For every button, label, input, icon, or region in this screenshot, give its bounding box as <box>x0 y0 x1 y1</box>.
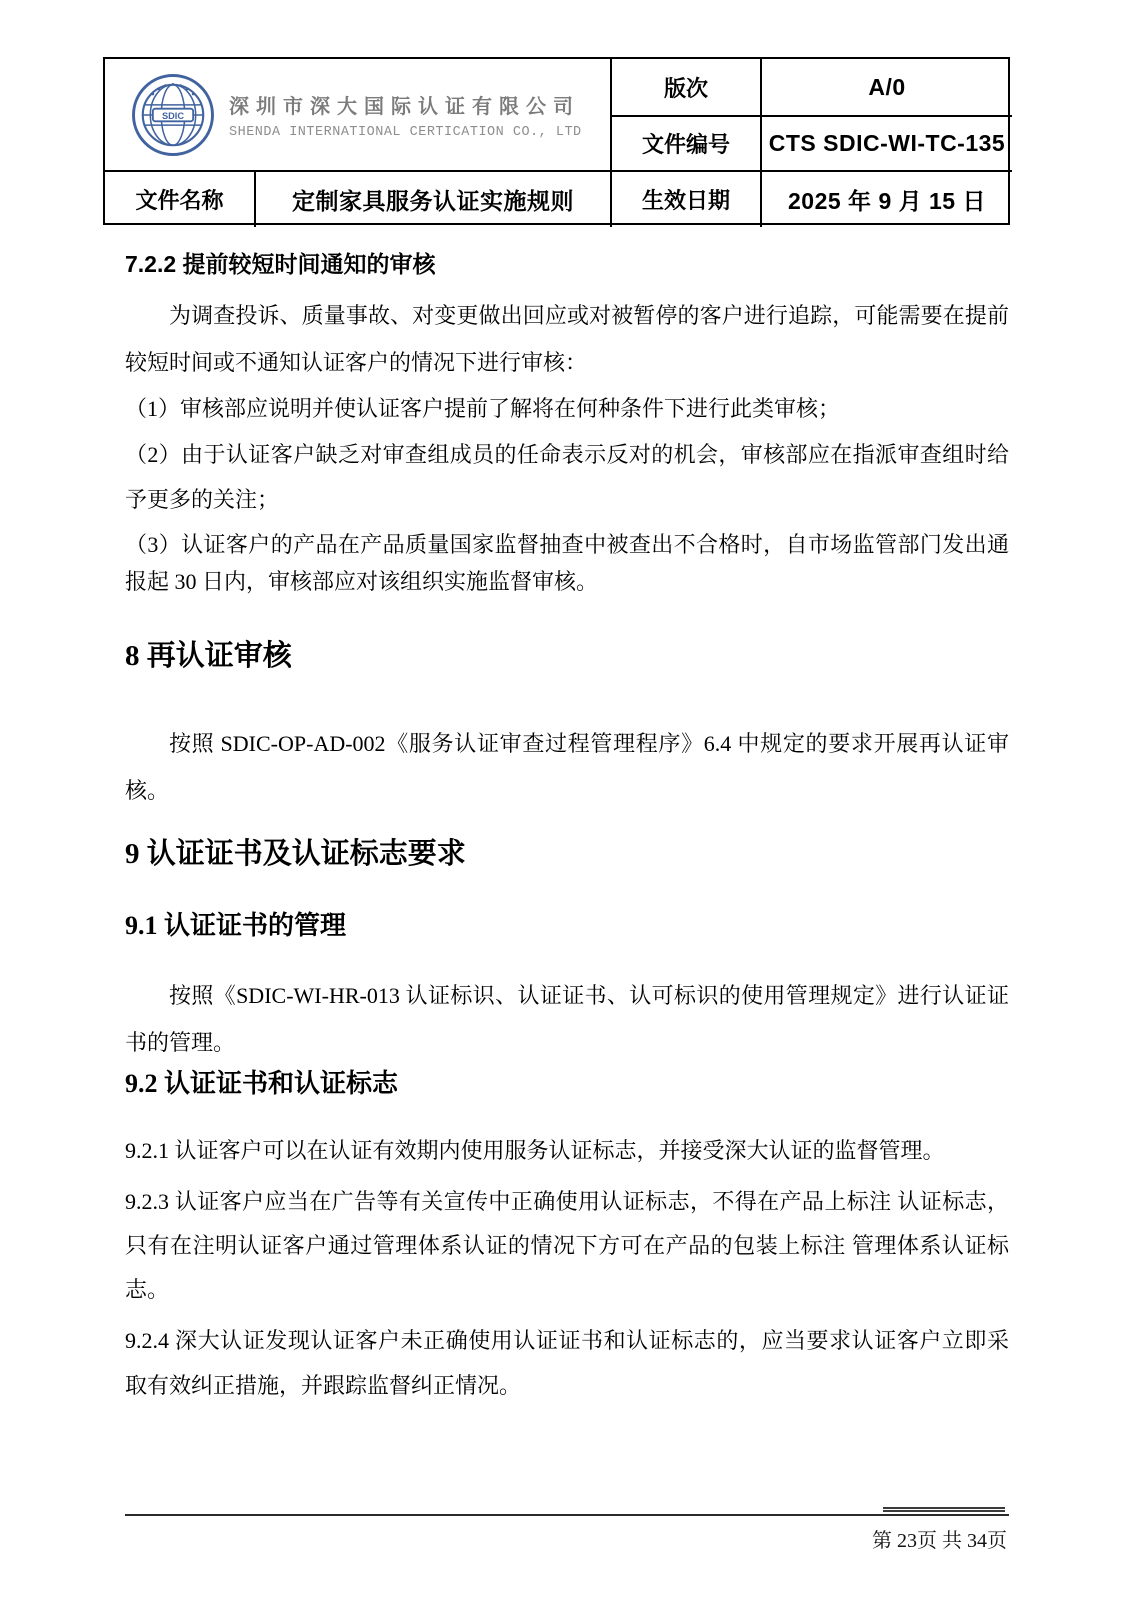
company-names: 深圳市深大国际认证有限公司 SHENDA INTERNATIONAL CERTI… <box>229 90 582 140</box>
version-label: 版次 <box>610 59 760 115</box>
document-page: SDIC 深圳市深大国际认证有限公司 SHENDA INTERNATIONAL … <box>0 0 1131 1600</box>
doc-number-label: 文件编号 <box>610 115 760 170</box>
company-logo: SDIC 深圳市深大国际认证有限公司 SHENDA INTERNATIONAL … <box>131 73 582 157</box>
emblem-text: SDIC <box>162 110 184 120</box>
footer-rule <box>125 1514 1009 1516</box>
doc-number-value: CTS SDIC-WI-TC-135 <box>760 115 1012 170</box>
company-name-cn: 深圳市深大国际认证有限公司 <box>229 90 582 119</box>
list-item-3: （3）认证客户的产品在产品质量国家监督抽查中被查出不合格时，自市场监管部门发出通… <box>125 526 1009 600</box>
heading-9-2: 9.2 认证证书和认证标志 <box>125 1066 1009 1102</box>
list-item-2: （2）由于认证客户缺乏对审查组成员的任命表示反对的机会，审核部应在指派审查组时给… <box>125 432 1009 522</box>
header-table: SDIC 深圳市深大国际认证有限公司 SHENDA INTERNATIONAL … <box>103 57 1010 225</box>
paragraph-9-2-4: 9.2.4 深大认证发现认证客户未正确使用认证证书和认证标志的，应当要求认证客户… <box>125 1318 1009 1408</box>
doc-name-label: 文件名称 <box>105 170 254 227</box>
effective-date-label: 生效日期 <box>610 170 760 227</box>
list-item-1: （1）审核部应说明并使认证客户提前了解将在何种条件下进行此类审核； <box>125 386 1009 432</box>
sdic-globe-emblem-icon: SDIC <box>131 73 215 157</box>
document-body: 7.2.2 提前较短时间通知的审核 为调查投诉、质量事故、对变更做出回应或对被暂… <box>125 248 1009 1408</box>
company-name-en: SHENDA INTERNATIONAL CERTICATION CO., LT… <box>229 125 582 140</box>
version-value: A/0 <box>760 59 1012 115</box>
paragraph-9-2-1: 9.2.1 认证客户可以在认证有效期内使用服务认证标志，并接受深大认证的监督管理… <box>125 1128 1009 1174</box>
heading-9: 9 认证证书及认证标志要求 <box>125 834 1009 874</box>
page-number: 第 23页 共 34页 <box>125 1524 1009 1553</box>
paragraph-9-1: 按照《SDIC-WI-HR-013 认证标识、认证证书、认可标识的使用管理规定》… <box>125 972 1009 1066</box>
heading-7-2-2: 7.2.2 提前较短时间通知的审核 <box>125 248 1009 280</box>
doc-name-value: 定制家具服务认证实施规则 <box>254 170 610 227</box>
paragraph-9-2-3: 9.2.3 认证客户应当在广告等有关宣传中正确使用认证标志，不得在产品上标注 认… <box>125 1180 1009 1312</box>
company-logo-cell: SDIC 深圳市深大国际认证有限公司 SHENDA INTERNATIONAL … <box>105 59 610 170</box>
footer-double-line <box>883 1507 1005 1512</box>
heading-9-1: 9.1 认证证书的管理 <box>125 908 1009 944</box>
page-footer: 第 23页 共 34页 <box>125 1514 1009 1553</box>
paragraph-7-2-2-intro: 为调查投诉、质量事故、对变更做出回应或对被暂停的客户进行追踪，可能需要在提前较短… <box>125 292 1009 386</box>
paragraph-8: 按照 SDIC-OP-AD-002《服务认证审查过程管理程序》6.4 中规定的要… <box>125 720 1009 814</box>
heading-8: 8 再认证审核 <box>125 636 1009 676</box>
effective-date-value: 2025 年 9 月 15 日 <box>760 170 1012 227</box>
